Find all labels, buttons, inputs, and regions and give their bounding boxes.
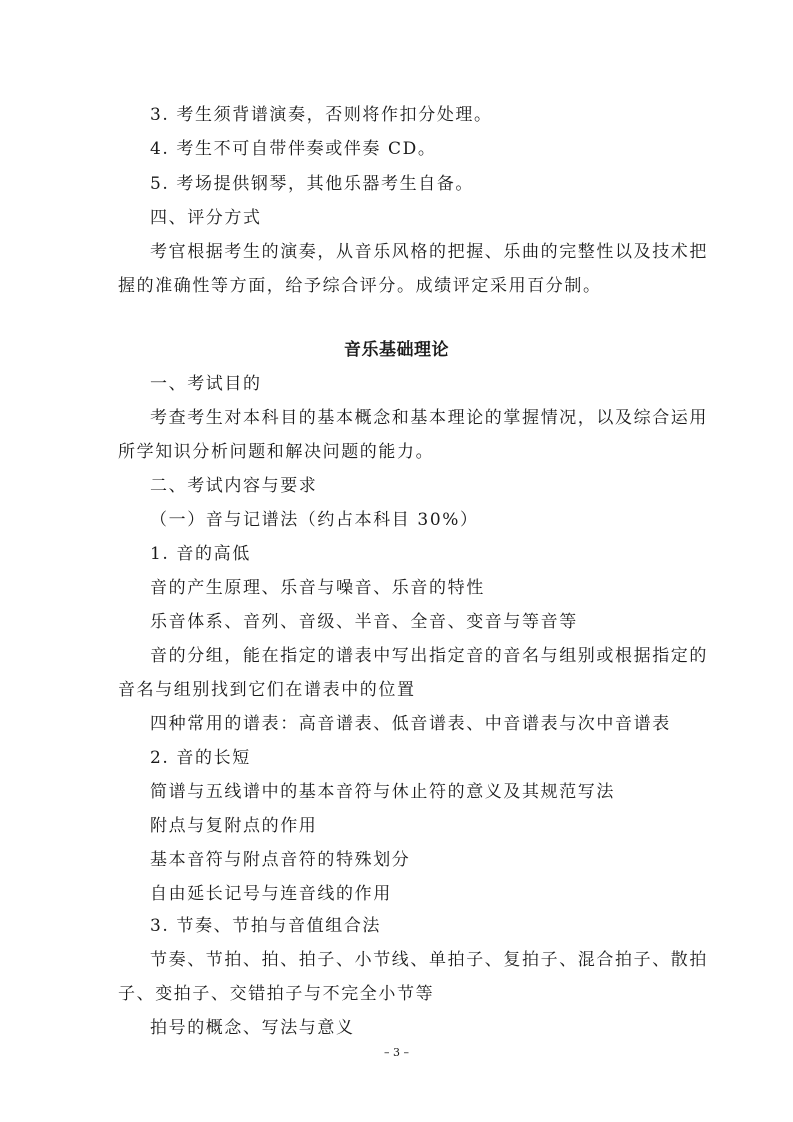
section-heading-purpose: 一、考试目的 <box>150 374 710 394</box>
duration-line: 简谱与五线谱中的基本音符与休止符的意义及其规范写法 <box>150 782 710 802</box>
rhythm-line: 子、变拍子、交错拍子与不完全小节等 <box>118 984 678 1004</box>
rule-item-4: 4. 考生不可自带伴奏或伴奏 CD。 <box>150 139 710 159</box>
subsection-heading: （一）音与记谱法（约占本科目 30%） <box>150 510 710 530</box>
rhythm-line: 节奏、节拍、拍、拍子、小节线、单拍子、复拍子、混合拍子、散拍 <box>150 950 710 970</box>
document-page: 3. 考生须背谱演奏，否则将作扣分处理。 4. 考生不可自带伴奏或伴奏 CD。 … <box>0 0 793 1122</box>
section-heading-scoring: 四、评分方式 <box>150 208 710 228</box>
rhythm-line: 拍号的概念、写法与意义 <box>150 1018 710 1038</box>
item-heading-pitch: 1. 音的高低 <box>150 544 710 564</box>
pitch-line: 四种常用的谱表：高音谱表、低音谱表、中音谱表与次中音谱表 <box>150 714 710 734</box>
scoring-paragraph-line2: 握的准确性等方面，给予综合评分。成绩评定采用百分制。 <box>118 276 678 296</box>
pitch-line: 音名与组别找到它们在谱表中的位置 <box>118 680 678 700</box>
duration-line: 基本音符与附点音符的特殊划分 <box>150 850 710 870</box>
duration-line: 附点与复附点的作用 <box>150 816 710 836</box>
rule-item-3: 3. 考生须背谱演奏，否则将作扣分处理。 <box>150 105 710 125</box>
duration-line: 自由延长记号与连音线的作用 <box>150 884 710 904</box>
pitch-line: 音的产生原理、乐音与噪音、乐音的特性 <box>150 578 710 598</box>
item-heading-rhythm: 3. 节奏、节拍与音值组合法 <box>150 916 710 936</box>
pitch-line: 音的分组，能在指定的谱表中写出指定音的音名与组别或根据指定的 <box>150 646 710 666</box>
scoring-paragraph-line1: 考官根据考生的演奏，从音乐风格的把握、乐曲的完整性以及技术把 <box>150 242 710 262</box>
purpose-paragraph-line2: 所学知识分析问题和解决问题的能力。 <box>118 442 678 462</box>
purpose-paragraph-line1: 考查考生对本科目的基本概念和基本理论的掌握情况，以及综合运用 <box>150 408 710 428</box>
section-heading-content: 二、考试内容与要求 <box>150 476 710 496</box>
pitch-line: 乐音体系、音列、音级、半音、全音、变音与等音等 <box>150 612 710 632</box>
item-heading-duration: 2. 音的长短 <box>150 748 710 768</box>
subject-title: 音乐基础理论 <box>0 340 793 360</box>
page-number: – 3 – <box>0 1046 793 1060</box>
rule-item-5: 5. 考场提供钢琴，其他乐器考生自备。 <box>150 174 710 194</box>
